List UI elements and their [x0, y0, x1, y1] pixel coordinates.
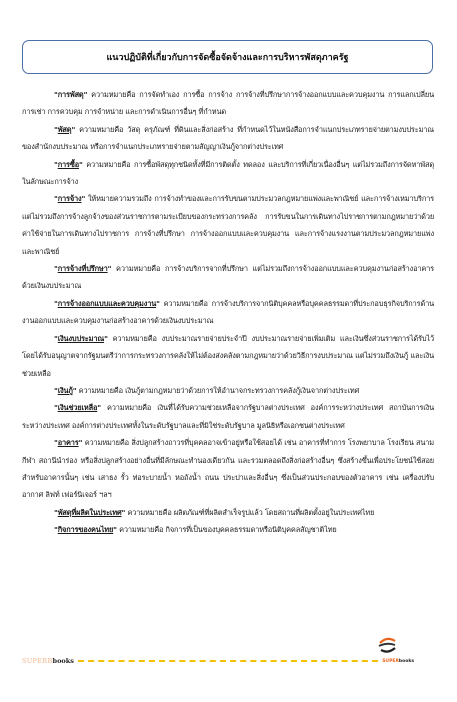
superbooks-logo-icon — [376, 637, 398, 655]
footer-divider — [78, 660, 378, 662]
definition-term: การจ้างออกแบบและควบคุมงาน — [58, 299, 156, 308]
definition-paragraph: "กิจการของคนไทย" ความหมายคือ กิจการที่เป… — [22, 521, 434, 538]
definition-term: เงินงบประมาณ — [58, 334, 104, 343]
definition-paragraph: "เงินงบประมาณ" ความหมายคือ งบประมาณรายจ่… — [22, 330, 434, 382]
definition-paragraph: "การซื้อ" ความหมายคือ การซื้อพัสดุทุกชนิ… — [22, 156, 434, 191]
definition-text: ความหมายคือ กิจการที่เป็นของบุคคลธรรมดาห… — [117, 525, 337, 534]
definition-term: กิจการของคนไทย — [58, 525, 113, 534]
definition-paragraph: "พัสดุ" ความหมายคือ วัสดุ ครุภัณฑ์ ที่ดิ… — [22, 121, 434, 156]
definition-term: การจ้าง — [58, 194, 82, 203]
definition-term: การจ้างที่ปรึกษา — [58, 264, 108, 273]
definition-term: พัสดุ — [58, 125, 72, 134]
footer-brand-right: SUPERbooks — [382, 659, 414, 664]
definition-paragraph: "การจ้าง" ให้หมายความรวมถึง การจ้างทำของ… — [22, 190, 434, 260]
definition-text: ให้หมายความรวมถึง การจ้างทำของและการรับข… — [22, 194, 434, 255]
definition-text: ความหมายคือ การซื้อพัสดุทุกชนิดทั้งที่มี… — [22, 160, 434, 186]
definition-paragraph: "เงินกู้" ความหมายคือ เงินกู้ตามกฎหมายว่… — [22, 382, 434, 399]
definition-term: พัสดุที่ผลิตในประเทศ — [58, 508, 122, 517]
definition-term: เงินกู้ — [58, 386, 73, 395]
definition-paragraph: "การจ้างที่ปรึกษา" ความหมายคือ การจ้างบร… — [22, 260, 434, 295]
definition-paragraph: "การพัสดุ" ความหมายคือ การจัดทำเอง การซื… — [22, 86, 434, 121]
definition-text: ความหมายคือ วัสดุ ครุภัณฑ์ ที่ดินและสิ่ง… — [22, 125, 434, 151]
definition-paragraph: "เงินช่วยเหลือ" ความหมายคือ เงินที่ได้รั… — [22, 399, 434, 434]
definition-paragraph: "การจ้างออกแบบและควบคุมงาน" ความหมายคือ … — [22, 295, 434, 330]
definitions-body: "การพัสดุ" ความหมายคือ การจัดทำเอง การซื… — [22, 86, 434, 539]
definition-text: ความหมายคือ เงินกู้ตามกฎหมายว่าด้วยการให… — [76, 386, 359, 395]
title-box: แนวปฏิบัติที่เกี่ยวกับการจัดซื้อจัดจ้างแ… — [22, 40, 433, 74]
page-title: แนวปฏิบัติที่เกี่ยวกับการจัดซื้อจัดจ้างแ… — [106, 50, 348, 64]
footer-brand-left: SUPERBbooks — [22, 657, 74, 665]
definition-text: ความหมายคือ ผลิตภัณฑ์ที่ผลิตสำเร็จรูปแล้… — [125, 508, 374, 517]
definition-text: ความหมายคือ สิ่งปลูกสร้างถาวรที่บุคคลอาจ… — [22, 438, 434, 499]
definition-term: เงินช่วยเหลือ — [58, 403, 98, 412]
definition-term: การพัสดุ — [58, 90, 84, 99]
definition-term: การซื้อ — [58, 160, 79, 169]
definition-paragraph: "อาคาร" ความหมายคือ สิ่งปลูกสร้างถาวรที่… — [22, 434, 434, 504]
definition-term: อาคาร — [58, 438, 79, 447]
definition-paragraph: "พัสดุที่ผลิตในประเทศ" ความหมายคือ ผลิตภ… — [22, 504, 434, 521]
page-footer: SUPERBbooks SUPERbooks — [22, 655, 414, 667]
